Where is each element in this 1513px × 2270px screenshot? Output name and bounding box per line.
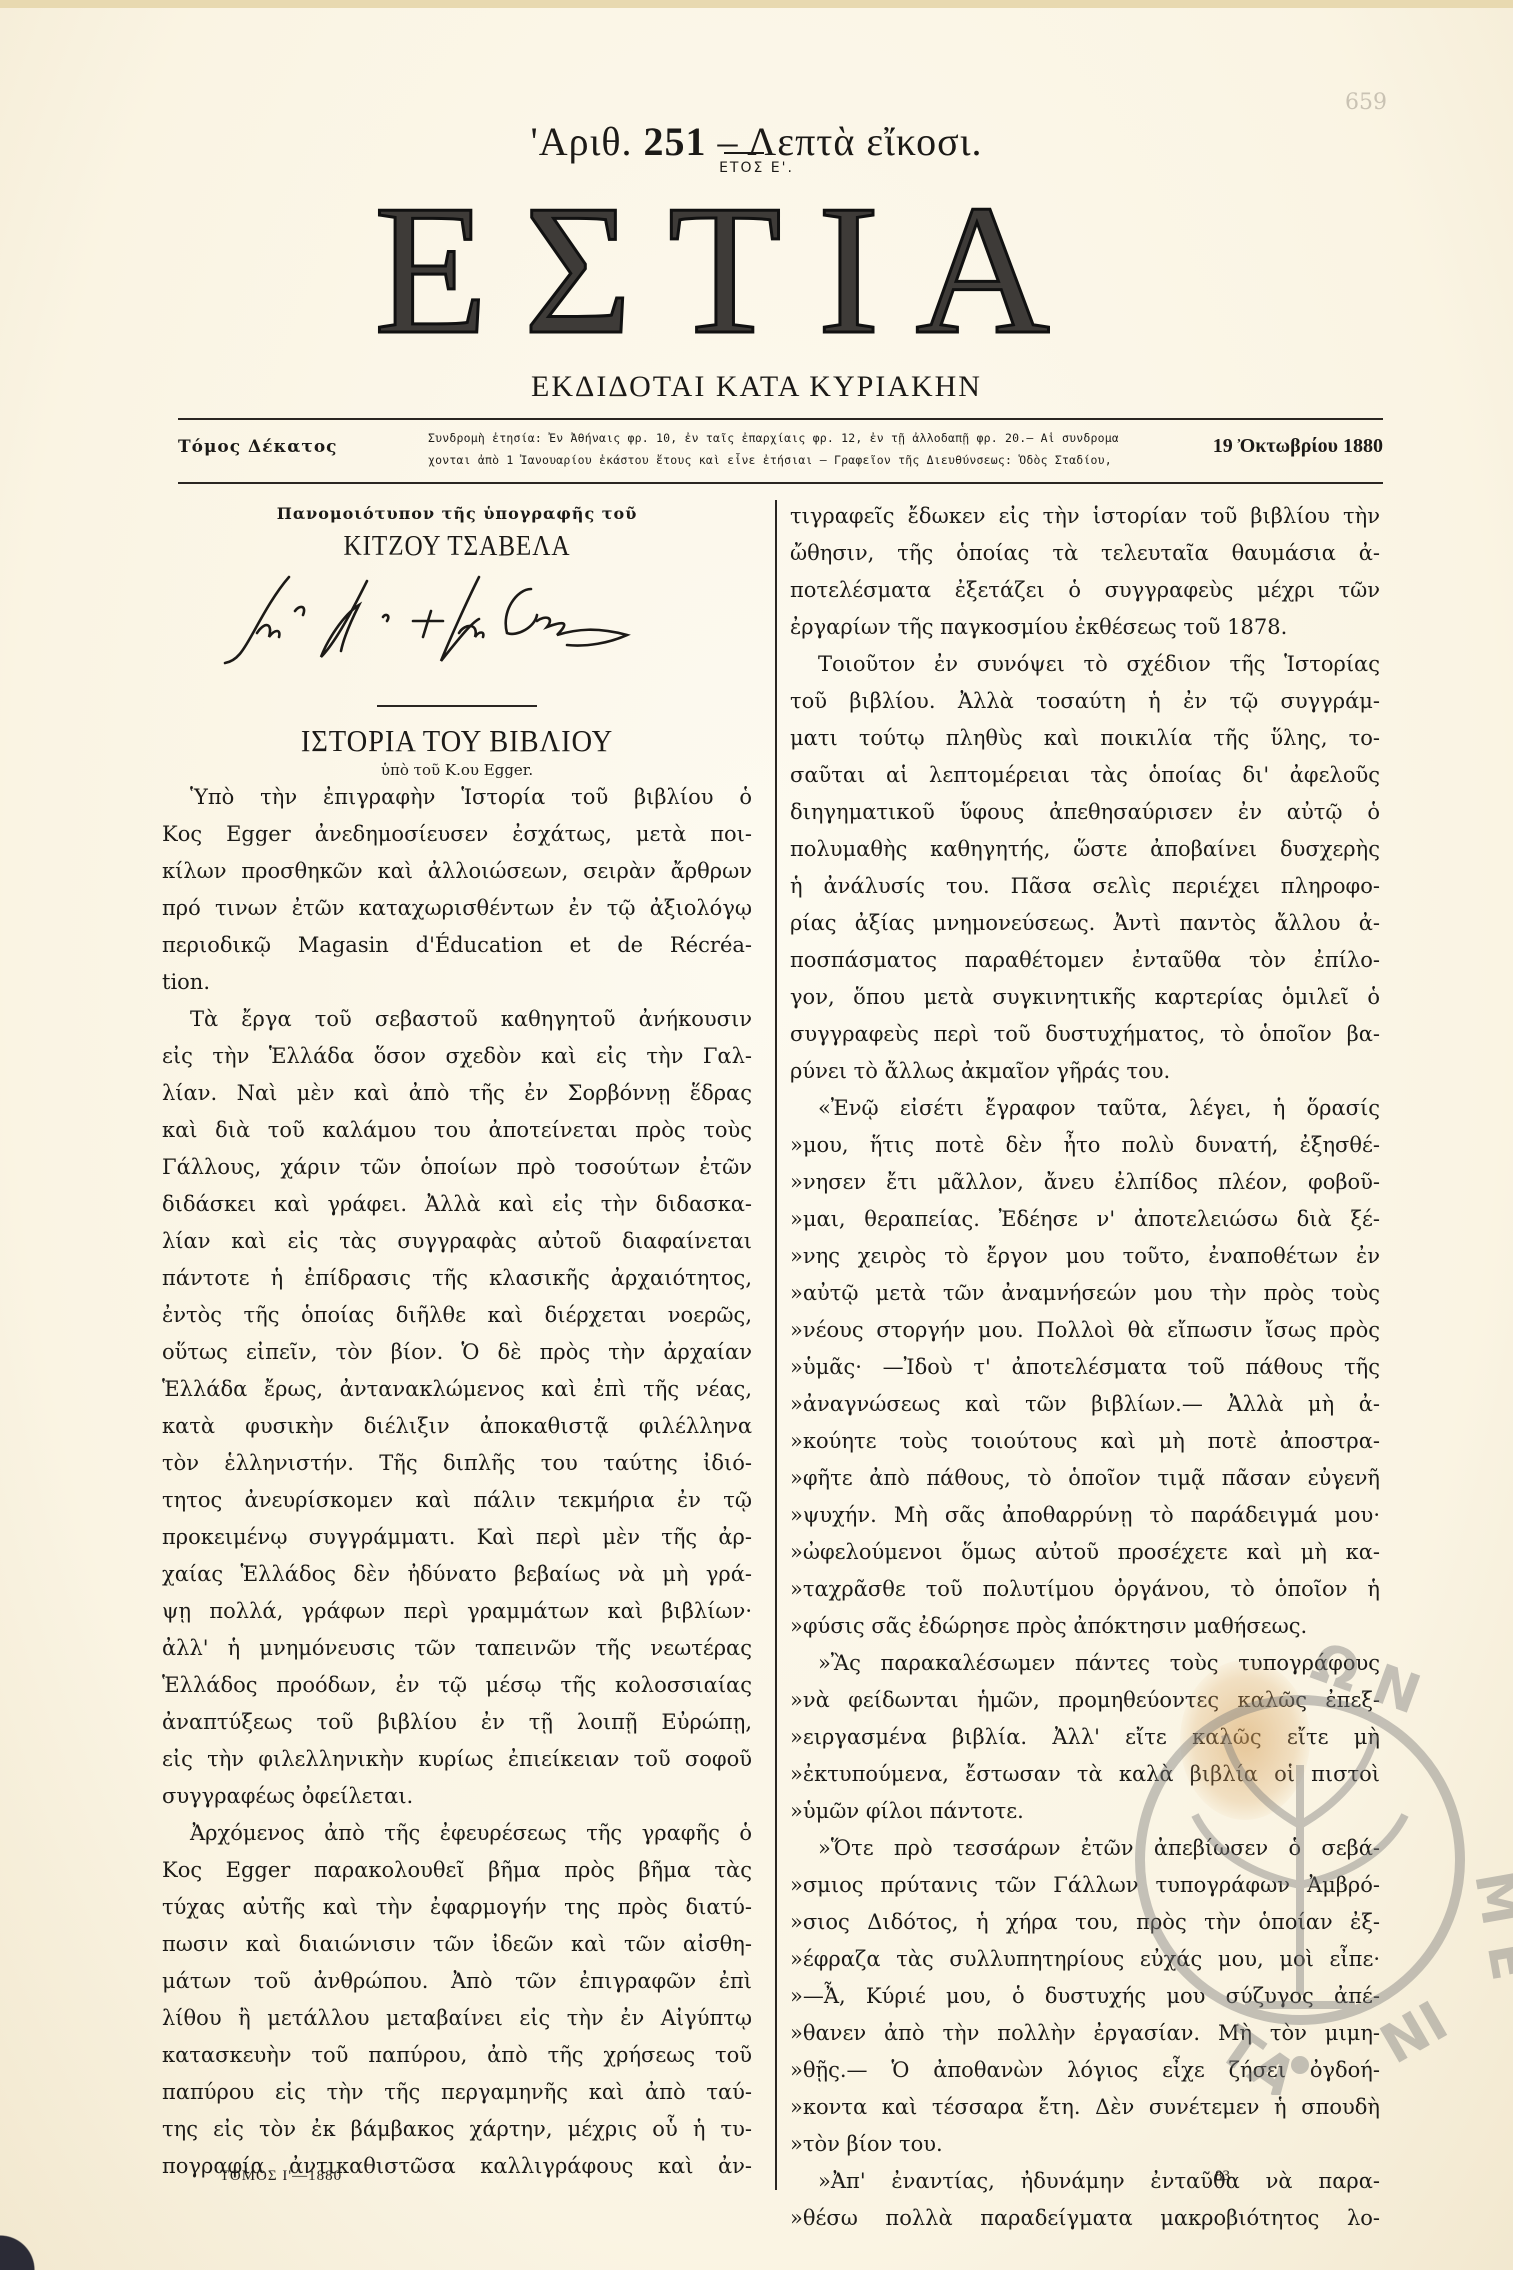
text-line: »ψυχήν. Μὴ σᾶς ἀποθαρρύνῃ τὸ παράδειγμά … <box>790 1497 1380 1534</box>
newspaper-page: 659 'Αριθ. 251 – Λεπτὰ εἴκοσι. ΕΤΟΣ Ε'. … <box>0 0 1513 2270</box>
svg-text:Μ Ε: Μ Ε <box>1462 1866 1513 1985</box>
text-line: γον, ὅπου μετὰ συγκινητικῆς καρτερίας ὁμ… <box>790 979 1380 1016</box>
signature-icon <box>217 571 637 681</box>
footer-volume-year: ΤΟΜΟΣ Ι'—1880 <box>220 2168 342 2185</box>
text-line: ἀναπτύξεως τοῦ βιβλίου ἐν τῇ λοιπῇ Εὐρώπ… <box>162 1704 752 1741</box>
text-line: ἐργαρίων τῆς παγκοσμίου ἐκθέσεως τοῦ 187… <box>790 609 1380 646</box>
volume-label: Τόμος Δέκατος <box>178 437 338 457</box>
text-line: ποσπάσματος παραθέτομεν ἐνταῦθα τὸν ἐπίλ… <box>790 942 1380 979</box>
masthead-subtitle: ΕΚΔΙΔΟΤΑΙ ΚΑΤΑ ΚΥΡΙΑΚΗΝ <box>0 370 1513 404</box>
text-line: Ἑλλάδα ἔρως, ἀντανακλώμενος καὶ ἐπὶ τῆς … <box>162 1371 752 1408</box>
text-line: tion. <box>162 964 752 1001</box>
text-line: μάτων τοῦ ἀνθρώπου. Ἀπὸ τῶν ἐπιγραφῶν ἐπ… <box>162 1963 752 2000</box>
footer-page-number: 83 <box>1215 2168 1230 2185</box>
text-line: Γάλλους, χάριν τῶν ὁποίων πρὸ τοσούτων ἐ… <box>162 1149 752 1186</box>
text-line: »νέους στοργήν μου. Πολλοὶ θὰ εἴπωσιν ἴσ… <box>790 1312 1380 1349</box>
text-line: λίαν καὶ εἰς τὰς συγγραφὰς αὐτοῦ διαφαίν… <box>162 1223 752 1260</box>
subscription-line-1: Συνδρομὴ ἐτησία: Ἐν Ἀθήναις φρ. 10, ἐν τ… <box>428 427 1118 449</box>
header-top-rule <box>178 418 1383 420</box>
text-line: ματι τούτῳ πληθὺς καὶ ποικιλία τῆς ὕλης,… <box>790 720 1380 757</box>
column-divider <box>775 500 777 2190</box>
text-line: »κούητε τοὺς τοιούτους καὶ μὴ ποτὲ ἀποστ… <box>790 1423 1380 1460</box>
year-rule <box>724 152 764 154</box>
text-line: τητος ἀνευρίσκομεν καὶ πάλιν τεκμήρια ἐν… <box>162 1482 752 1519</box>
text-line: ἀλλ' ἡ μνημόνευσις τῶν ταπεινῶν τῆς νεωτ… <box>162 1630 752 1667</box>
text-line: συγγραφεὺς περὶ τοῦ δυστυχήματος, τὸ ὁπο… <box>790 1016 1380 1053</box>
article-separator <box>377 705 537 707</box>
text-line: Ἀρχόμενος ἀπὸ τῆς ἐφευρέσεως τῆς γραφῆς … <box>162 1815 752 1852</box>
text-line: πρό τινων ἐτῶν καταχωρισθέντων ἐν τῷ ἀξι… <box>162 890 752 927</box>
text-line: ὤθησιν, τῆς ὁποίας τὰ τελευταῖα θαυμάσια… <box>790 535 1380 572</box>
text-line: »μαι, θεραπείας. Ἐδέησε ν' ἀποτελειώσω δ… <box>790 1201 1380 1238</box>
issue-price: – Λεπτὰ εἴκοσι. <box>718 119 983 164</box>
article-body-left: Ὑπὸ τὴν ἐπιγραφὴν Ἱστορία τοῦ βιβλίου ὁΚ… <box>162 779 752 2185</box>
signature-caption: Πανομοιότυπον τῆς ὑπογραφῆς τοῦ <box>162 504 752 523</box>
text-line: ψῃ πολλά, γράφων περὶ γραμμάτων καὶ βιβλ… <box>162 1593 752 1630</box>
issue-date: 19 Ὀκτωβρίου 1880 <box>1213 435 1383 458</box>
text-line: συγγραφέως ὀφείλεται. <box>162 1778 752 1815</box>
text-line: »ὑμᾶς· —Ἰδοὺ τ' ἀποτελέσματα τοῦ πάθους … <box>790 1349 1380 1386</box>
text-line: »ὠφελούμενοι ὅμως αὐτοῦ προσέχετε καὶ μὴ… <box>790 1534 1380 1571</box>
text-line: »νησεν ἔτι μᾶλλον, ἄνευ ἐλπίδος πλέον, φ… <box>790 1164 1380 1201</box>
text-line: Τὰ ἔργα τοῦ σεβαστοῦ καθηγητοῦ ἀνήκουσιν <box>162 1001 752 1038</box>
text-line: ρίας ἀξίας μνημονεύσεως. Ἀντὶ παντὸς ἄλλ… <box>790 905 1380 942</box>
left-column: Πανομοιότυπον τῆς ὑπογραφῆς τοῦ ΚΙΤΖΟΥ Τ… <box>162 498 752 2185</box>
scan-corner <box>0 2230 40 2270</box>
text-line: πολυμαθὴς καθηγητής, ὥστε ἀποβαίνει δυσχ… <box>790 831 1380 868</box>
text-line: Κος Egger ἀνεδημοσίευσεν ἐσχάτως, μετὰ π… <box>162 816 752 853</box>
text-line: κατὰ φυσικὴν διέλιξιν ἀποκαθιστᾷ φιλέλλη… <box>162 1408 752 1445</box>
text-line: Ὑπὸ τὴν ἐπιγραφὴν Ἱστορία τοῦ βιβλίου ὁ <box>162 779 752 816</box>
text-line: Κος Egger παρακολουθεῖ βῆμα πρὸς βῆμα τὰ… <box>162 1852 752 1889</box>
text-line: ρύνει τὸ ἄλλως ἀκμαῖον γῆράς του. <box>790 1053 1380 1090</box>
text-line: »θέσω πολλὰ παραδείγματα μακροβιότητος λ… <box>790 2200 1380 2237</box>
text-line: λίαν. Ναὶ μὲν καὶ ἀπὸ τῆς ἐν Σορβόννῃ ἕδ… <box>162 1075 752 1112</box>
issue-number: 251 <box>644 119 707 164</box>
text-line: »Ἀπ' ἐναντίας, ἠδυνάμην ἐνταῦθα νὰ παρα- <box>790 2163 1380 2200</box>
text-line: της εἰς τὸν ἐκ βάμβακος χάρτην, μέχρις ο… <box>162 2111 752 2148</box>
text-line: λίθου ἢ μετάλλου μεταβαίνει εἰς τὴν ἐν Α… <box>162 2000 752 2037</box>
signature-facsimile <box>162 571 752 691</box>
info-row: Τόμος Δέκατος Συνδρομὴ ἐτησία: Ἐν Ἀθήναι… <box>178 425 1383 477</box>
text-line: διηγηματικοῦ ὕφους ἀπεθησαύρισεν ἐν αὐτῷ… <box>790 794 1380 831</box>
text-line: »μου, ἥτις ποτὲ δὲν ἦτο πολὺ δυνατή, ἐξη… <box>790 1127 1380 1164</box>
subscription-info: Συνδρομὴ ἐτησία: Ἐν Ἀθήναις φρ. 10, ἐν τ… <box>428 427 1118 471</box>
text-line: σαῦται αἱ λεπτομέρειαι τὰς ὁποίας δι' ἀφ… <box>790 757 1380 794</box>
text-line: πωσιν καὶ διαιώνισιν τῶν ἰδεῶν καὶ τῶν α… <box>162 1926 752 1963</box>
text-line: »τὸν βίον του. <box>790 2126 1380 2163</box>
issue-line: 'Αριθ. 251 – Λεπτὰ εἴκοσι. <box>0 118 1513 165</box>
text-line: τοῦ βιβλίου. Ἀλλὰ τοσαύτη ἡ ἐν τῷ συγγρά… <box>790 683 1380 720</box>
text-line: ἐντὸς τῆς ὁποίας διῆλθε καὶ διέρχεται νο… <box>162 1297 752 1334</box>
text-line: διδάσκει καὶ γράφει. Ἀλλὰ καὶ εἰς τὴν δι… <box>162 1186 752 1223</box>
subscription-line-2: χονται ἀπὸ 1 Ἰανουαρίου ἑκάστου ἔτους κα… <box>428 449 1118 471</box>
text-line: καὶ διὰ τοῦ καλάμου του ἀποτείνεται πρὸς… <box>162 1112 752 1149</box>
article-title: ΙΣΤΟΡΙΑ ΤΟΥ ΒΙΒΛΙΟΥ <box>186 723 729 759</box>
text-line: κατασκευὴν τοῦ παπύρου, ἀπὸ τῆς χρήσεως … <box>162 2037 752 2074</box>
text-line: προκειμένῳ συγγράμματι. Καὶ περὶ μὲν τῆς… <box>162 1519 752 1556</box>
text-line: »φῆτε ἀπὸ πάθους, τὸ ὁποῖον τιμᾷ πᾶσαν ε… <box>790 1460 1380 1497</box>
text-line: Τοιοῦτον ἐν συνόψει τὸ σχέδιον τῆς Ἱστορ… <box>790 646 1380 683</box>
masthead-title: ΕΣΤΙΑ <box>170 205 1290 335</box>
svg-text:ΤΑ: ΤΑ <box>1208 2014 1309 2095</box>
text-line: χαίας Ἑλλάδος δὲν ἠδύνατο βεβαίως νὰ μὴ … <box>162 1556 752 1593</box>
issue-prefix: 'Αριθ. <box>531 119 633 164</box>
text-line: κίλων προσθηκῶν καὶ ἀλλοιώσεων, σειρὰν ἄ… <box>162 853 752 890</box>
scan-top-edge <box>0 0 1513 8</box>
text-line: »ταχρᾶσθε τοῦ πολυτίμου ὀργάνου, τὸ ὁποῖ… <box>790 1571 1380 1608</box>
text-line: τύχας αὐτῆς καὶ τὴν ἐφαρμογήν της πρὸς δ… <box>162 1889 752 1926</box>
text-line: πάντοτε ἡ ἐπίδρασις τῆς κλασικῆς ἀρχαιότ… <box>162 1260 752 1297</box>
text-line: εἰς τὴν Ἑλλάδα ὅσον σχεδὸν καὶ εἰς τὴν Γ… <box>162 1038 752 1075</box>
text-line: παπύρου εἰς τὴν τῆς περγαμηνῆς καὶ ἀπὸ τ… <box>162 2074 752 2111</box>
signature-name: ΚΙΤΖΟΥ ΤΣΑΒΕΛΑ <box>192 531 723 563</box>
bleed-through-page-number: 659 <box>1345 90 1387 115</box>
text-line: εἰς τὴν φιλελληνικὴν κυρίως ἐπιείκειαν τ… <box>162 1741 752 1778</box>
text-line: »νης χειρὸς τὸ ἔργον μου τοῦτο, ἐναποθέτ… <box>790 1238 1380 1275</box>
text-line: τιγραφεῖς ἔδωκεν εἰς τὴν ἱστορίαν τοῦ βι… <box>790 498 1380 535</box>
text-line: ἡ ἀνάλυσίς του. Πᾶσα σελὶς περιέχει πληρ… <box>790 868 1380 905</box>
text-line: ποτελέσματα ἐξετάζει ὁ συγγραφεὺς μέχρι … <box>790 572 1380 609</box>
text-line: Ἑλλάδος προόδων, ἐν τῷ μέσῳ τῆς κολοσσια… <box>162 1667 752 1704</box>
text-line: «Ἐνῷ εἰσέτι ἔγραφον ταῦτα, λέγει, ἡ ὅρασ… <box>790 1090 1380 1127</box>
article-byline: ὑπὸ τοῦ Κ.ου Egger. <box>162 761 752 779</box>
text-line: »αὐτῷ μετὰ τῶν ἀναμνήσεών μου τὴν πρὸς τ… <box>790 1275 1380 1312</box>
header-bottom-rule <box>178 482 1383 484</box>
text-line: τὸν ἑλληνιστήν. Τῆς διπλῆς του ταύτης ἰδ… <box>162 1445 752 1482</box>
library-seal-icon: Ω Ν Μ Ε ΝΙ ΤΑ <box>1065 1625 1513 2095</box>
text-line: οὕτως εἰπεῖν, τὸν βίον. Ὁ δὲ πρὸς τὴν ἀρ… <box>162 1334 752 1371</box>
text-line: »ἀναγνώσεως καὶ τῶν βιβλίων.— Ἀλλὰ μὴ ἀ- <box>790 1386 1380 1423</box>
text-line: περιοδικῷ Magasin d'Éducation et de Récr… <box>162 927 752 964</box>
